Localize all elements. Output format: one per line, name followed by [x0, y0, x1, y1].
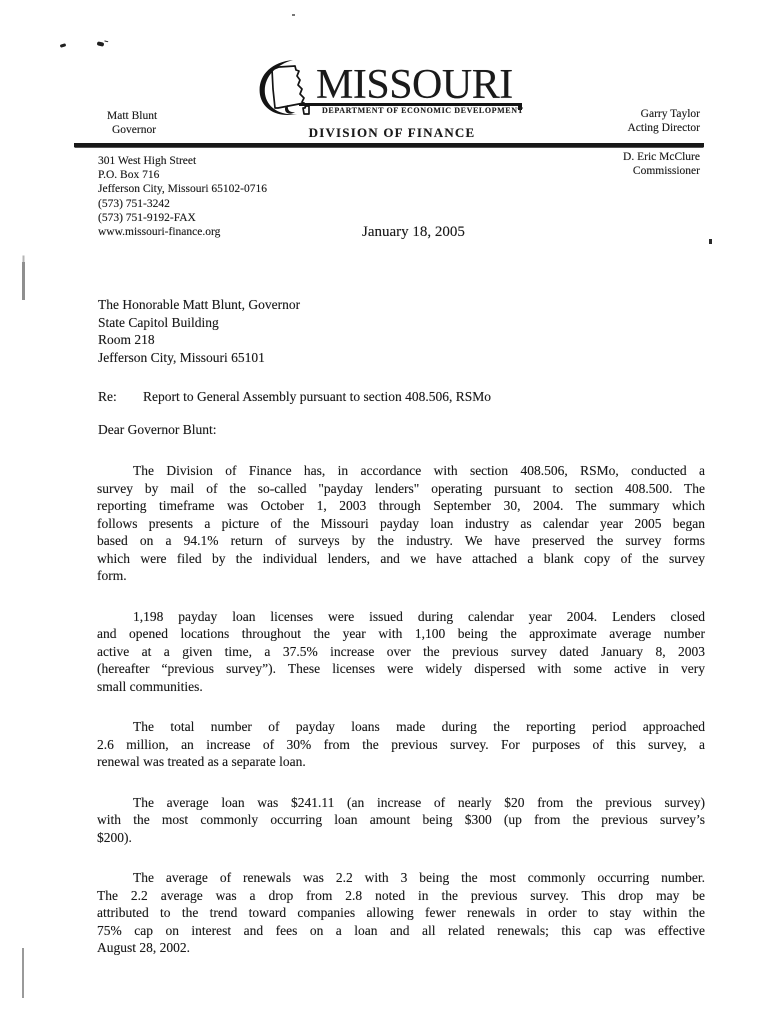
- governor-name: Matt Blunt: [107, 109, 157, 123]
- text-line: 1,198 payday loan licenses were issued d…: [97, 608, 705, 626]
- text-line: reporting timeframe was October 1, 2003 …: [97, 497, 705, 515]
- salutation: Dear Governor Blunt:: [98, 422, 216, 438]
- pen-mark: [60, 43, 67, 48]
- subject-label: Re:: [98, 389, 143, 405]
- text-line: State Capitol Building: [98, 314, 300, 332]
- text-line: form.: [97, 567, 705, 585]
- scan-speck: [709, 239, 712, 244]
- text-line: 301 West High Street: [98, 154, 267, 168]
- text-line: and opened locations throughout the year…: [97, 625, 705, 643]
- text-line: survey by mail of the so-called "payday …: [97, 480, 705, 498]
- text-line: Jefferson City, Missouri 65102-0716: [98, 182, 267, 196]
- text-line: active at a given time, a 37.5% increase…: [97, 643, 705, 661]
- logo-department-line: DEPARTMENT OF ECONOMIC DEVELOPMENT: [322, 106, 524, 115]
- commissioner-block: D. Eric McClure Commissioner: [623, 151, 700, 178]
- text-line: The average of renewals was 2.2 with 3 b…: [97, 869, 705, 887]
- text-line: attributed to the trend toward companies…: [97, 904, 705, 922]
- paragraph: The average of renewals was 2.2 with 3 b…: [97, 869, 705, 957]
- text-line: August 28, 2002.: [97, 939, 705, 957]
- scan-line-artifact: [22, 948, 24, 998]
- text-line: The Honorable Matt Blunt, Governor: [98, 296, 300, 314]
- paragraph: The average loan was $241.11 (an increas…: [97, 794, 705, 847]
- text-line: renewal was treated as a separate loan.: [97, 753, 705, 771]
- text-line: 2.6 million, an increase of 30% from the…: [97, 736, 705, 754]
- text-line: Room 218: [98, 331, 300, 349]
- paragraph: The total number of payday loans made du…: [97, 718, 705, 771]
- subject-line: Re:Report to General Assembly pursuant t…: [98, 389, 491, 405]
- scan-speck: [292, 14, 295, 16]
- text-line: based on a 94.1% return of surveys by th…: [97, 532, 705, 550]
- scanned-letter-page: Matt Blunt Governor Garry Taylor Acting …: [0, 0, 770, 1024]
- recipient-address-block: The Honorable Matt Blunt, GovernorState …: [98, 296, 300, 366]
- text-line: Jefferson City, Missouri 65101: [98, 349, 300, 367]
- text-line: follows presents a picture of the Missou…: [97, 515, 705, 533]
- division-title: DIVISION OF FINANCE: [7, 125, 770, 141]
- text-line: 75% cap on interest and fees on a loan a…: [97, 922, 705, 940]
- contact-block: 301 West High StreetP.O. Box 716Jefferso…: [98, 154, 267, 239]
- pen-mark: [97, 41, 105, 47]
- text-line: $200).: [97, 829, 705, 847]
- director-name: Garry Taylor: [628, 107, 701, 121]
- text-line: small communities.: [97, 678, 705, 696]
- text-line: www.missouri-finance.org: [98, 225, 267, 239]
- logo-wordmark: MISSOURI: [316, 66, 513, 104]
- letter-date: January 18, 2005: [362, 224, 465, 241]
- text-line: (573) 751-3242: [98, 197, 267, 211]
- paragraph: The Division of Finance has, in accordan…: [97, 462, 705, 585]
- missouri-state-outline-icon: [258, 59, 320, 117]
- letterhead-rule: [74, 143, 704, 147]
- text-line: The total number of payday loans made du…: [97, 718, 705, 736]
- paragraph: 1,198 payday loan licenses were issued d…: [97, 608, 705, 696]
- text-line: The Division of Finance has, in accordan…: [97, 462, 705, 480]
- text-line: with the most commonly occurring loan am…: [97, 811, 705, 829]
- scan-line-artifact: [22, 262, 25, 300]
- letter-body: The Division of Finance has, in accordan…: [97, 462, 705, 980]
- text-line: (573) 751-9192-FAX: [98, 211, 267, 225]
- text-line: which were filed by the individual lende…: [97, 550, 705, 568]
- text-line: The 2.2 average was a drop from 2.8 note…: [97, 887, 705, 905]
- text-line: P.O. Box 716: [98, 168, 267, 182]
- commissioner-title: Commissioner: [623, 165, 700, 179]
- text-line: The average loan was $241.11 (an increas…: [97, 794, 705, 812]
- text-line: (hereafter “previous survey”). These lic…: [97, 660, 705, 678]
- commissioner-name: D. Eric McClure: [623, 151, 700, 165]
- subject-text: Report to General Assembly pursuant to s…: [143, 389, 491, 404]
